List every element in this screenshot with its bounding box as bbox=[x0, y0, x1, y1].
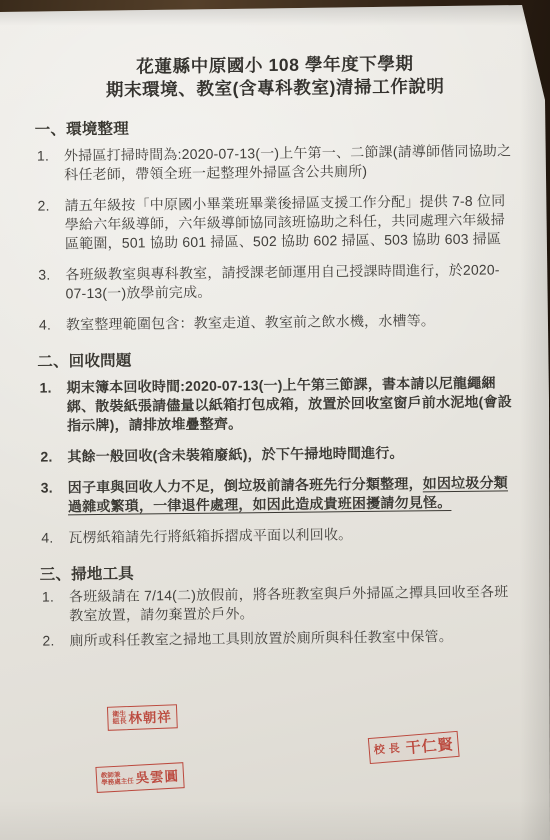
item-text: 各班級請在 7/14(二)放假前，將各班教室與戶外掃區之撢具回收至各班教室放置，… bbox=[69, 582, 522, 625]
section-recycling: 二、回收問題 1. 期末簿本回收時間:2020-07-13(一)上午第三節課，書… bbox=[37, 347, 521, 547]
list-item: 3. 各班級教室與專科教室，請授課老師運用自己授課時間進行，於2020-07-1… bbox=[36, 260, 518, 303]
document-content: 花蓮縣中原國小 108 學年度下學期 期末環境、教室(含專科教室)清掃工作說明 … bbox=[0, 0, 550, 840]
list-item: 2. 請五年級按「中原國小畢業班畢業後掃區支援工作分配」提供 7-8 位同學給六… bbox=[35, 191, 518, 253]
item-text: 因子車與回收人力不足，倒垃圾前請各班先行分類整理，如因垃圾分類過雜或繁瑣，一律退… bbox=[68, 473, 521, 516]
section-heading-cleaning-tools: 三、掃地工具 bbox=[40, 560, 522, 584]
stamp-role: 教師兼 學務處主任 bbox=[101, 771, 134, 787]
document-title: 花蓮縣中原國小 108 學年度下學期 期末環境、教室(含專科教室)清掃工作說明 bbox=[34, 51, 516, 102]
item-number: 3. bbox=[39, 478, 68, 516]
item-text: 期末簿本回收時間:2020-07-13(一)上午第三節課，書本請以尼龍繩綑綁、散… bbox=[67, 373, 521, 435]
stamp-principal: 校長 干仁賢 bbox=[368, 731, 460, 764]
photo-background: 花蓮縣中原國小 108 學年度下學期 期末環境、教室(含專科教室)清掃工作說明 … bbox=[0, 0, 550, 840]
stamp-role: 校長 bbox=[373, 739, 404, 760]
item-text-plain: 因子車與回收人力不足，倒垃圾前請各班先行分類整理， bbox=[68, 475, 423, 495]
section-heading-environment: 一、環境整理 bbox=[35, 115, 517, 139]
list-item: 1. 外掃區打掃時間為:2020-07-13(一)上午第一、二節課(請導師偕同協… bbox=[35, 141, 517, 184]
item-number: 3. bbox=[36, 265, 65, 303]
section-environment: 一、環境整理 1. 外掃區打掃時間為:2020-07-13(一)上午第一、二節課… bbox=[35, 115, 519, 334]
document-paper: 花蓮縣中原國小 108 學年度下學期 期末環境、教室(含專科教室)清掃工作說明 … bbox=[0, 0, 550, 840]
item-number: 4. bbox=[37, 315, 66, 334]
list-item: 4. 教室整理範圍包含：教室走道、教室前之飲水機，水槽等。 bbox=[37, 310, 519, 334]
stamp-role-line: 學務處主任 bbox=[101, 778, 134, 787]
item-text: 廁所或科任教室之掃地工具則放置於廁所與科任教室中保管。 bbox=[69, 626, 522, 650]
list-item: 1. 期末簿本回收時間:2020-07-13(一)上午第三節課，書本請以尼龍繩綑… bbox=[38, 373, 521, 435]
list-item: 1. 各班級請在 7/14(二)放假前，將各班教室與戶外掃區之撢具回收至各班教室… bbox=[40, 582, 522, 625]
item-text: 瓦楞紙箱請先行將紙箱拆摺成平面以利回收。 bbox=[68, 523, 521, 547]
stamp-name: 干仁賢 bbox=[405, 735, 454, 758]
stamp-academic-affairs-director: 教師兼 學務處主任 吳雲圓 bbox=[95, 762, 184, 793]
item-number: 2. bbox=[35, 196, 65, 253]
item-text: 外掃區打掃時間為:2020-07-13(一)上午第一、二節課(請導師偕同協助之科… bbox=[64, 141, 517, 184]
section-heading-recycling: 二、回收問題 bbox=[37, 347, 519, 371]
item-number: 1. bbox=[38, 378, 68, 435]
item-text: 教室整理範圍包含：教室走道、教室前之飲水機，水槽等。 bbox=[66, 310, 519, 334]
item-number: 2. bbox=[38, 447, 67, 466]
document-body: 花蓮縣中原國小 108 學年度下學期 期末環境、教室(含專科教室)清掃工作說明 … bbox=[0, 0, 550, 651]
section-cleaning-tools: 三、掃地工具 1. 各班級請在 7/14(二)放假前，將各班教室與戶外掃區之撢具… bbox=[40, 560, 523, 650]
stamp-name: 吳雲圓 bbox=[135, 766, 179, 787]
item-number: 1. bbox=[35, 146, 64, 184]
list-item: 2. 廁所或科任教室之掃地工具則放置於廁所與科任教室中保管。 bbox=[40, 626, 522, 650]
item-number: 4. bbox=[39, 528, 68, 547]
item-text: 各班級教室與專科教室，請授課老師運用自己授課時間進行，於2020-07-13(一… bbox=[65, 260, 518, 303]
doc-title-line2: 期末環境、教室(含專科教室)清掃工作說明 bbox=[34, 74, 516, 102]
list-item: 3. 因子車與回收人力不足，倒垃圾前請各班先行分類整理，如因垃圾分類過雜或繁瑣，… bbox=[39, 473, 521, 516]
item-text: 請五年級按「中原國小畢業班畢業後掃區支援工作分配」提供 7-8 位同學給六年級導… bbox=[64, 191, 518, 253]
item-text: 其餘一般回收(含未裝箱廢紙)，於下午掃地時間進行。 bbox=[67, 442, 520, 466]
item-number: 1. bbox=[40, 587, 69, 625]
stamp-name: 林朝祥 bbox=[128, 707, 172, 728]
stamp-hygiene-section-chief: 衛生 組長 林朝祥 bbox=[107, 704, 177, 731]
item-number: 2. bbox=[40, 631, 69, 650]
stamp-role-line: 組長 bbox=[112, 718, 126, 726]
list-item: 4. 瓦楞紙箱請先行將紙箱拆摺成平面以利回收。 bbox=[39, 523, 521, 547]
stamp-role: 衛生 組長 bbox=[112, 711, 127, 727]
list-item: 2. 其餘一般回收(含未裝箱廢紙)，於下午掃地時間進行。 bbox=[38, 442, 520, 466]
